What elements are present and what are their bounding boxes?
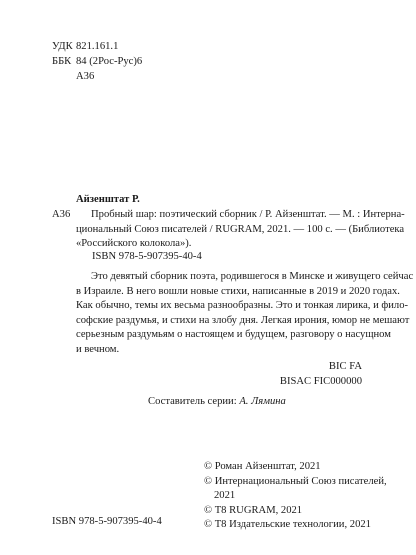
bic-code: BIC FA xyxy=(280,360,362,375)
udk-label: УДК xyxy=(52,40,73,55)
bbk-value: 84 (2Рос-Рус)6 xyxy=(76,55,142,70)
bibliographic-description: Пробный шар: поэтический сборник / Р. Ай… xyxy=(76,208,364,252)
author-mark-top: А36 xyxy=(76,70,94,85)
description-line: Пробный шар: поэтический сборник / Р. Ай… xyxy=(76,208,364,223)
copyright-block: © Роман Айзенштат, 2021 © Интернациональ… xyxy=(204,460,387,533)
annotation-line: и вечном. xyxy=(76,343,364,358)
annotation-line: серьезным раздумьям о настоящем и будуще… xyxy=(76,328,364,343)
series-editor-name: А. Лямина xyxy=(239,396,285,407)
annotation-line: софские раздумья, и стихи на злобу дня. … xyxy=(76,314,364,329)
copyright-line: © Т8 Издательские технологии, 2021 xyxy=(204,518,387,533)
catalog-isbn: ISBN 978-5-907395-40-4 xyxy=(92,250,202,265)
annotation-line: в Израиле. В него вошли новые стихи, нап… xyxy=(76,285,364,300)
annotation-line: Как обычно, темы их весьма разнообразны.… xyxy=(76,299,364,314)
annotation: Это девятый сборник поэта, родившегося в… xyxy=(76,270,364,358)
author-heading: Айзенштат Р. xyxy=(76,193,140,208)
bbk-label: ББК xyxy=(52,55,71,70)
subject-codes: BIC FA BISAC FIC000000 xyxy=(280,360,362,389)
copyright-line: © Т8 RUGRAM, 2021 xyxy=(204,504,387,519)
author-mark: А36 xyxy=(52,208,70,223)
series-editor: Составитель серии: А. Лямина xyxy=(148,395,286,410)
udk-value: 821.161.1 xyxy=(76,40,118,55)
series-editor-label: Составитель серии: xyxy=(148,396,239,407)
copyright-line: © Интернациональный Союз писателей, xyxy=(204,475,387,490)
footer-isbn: ISBN 978-5-907395-40-4 xyxy=(52,515,162,530)
bisac-code: BISAC FIC000000 xyxy=(280,375,362,390)
copyright-line: © Роман Айзенштат, 2021 xyxy=(204,460,387,475)
description-line: циональный Союз писателей / RUGRAM, 2021… xyxy=(76,223,364,238)
annotation-line: Это девятый сборник поэта, родившегося в… xyxy=(76,270,364,285)
copyright-line: 2021 xyxy=(204,489,387,504)
